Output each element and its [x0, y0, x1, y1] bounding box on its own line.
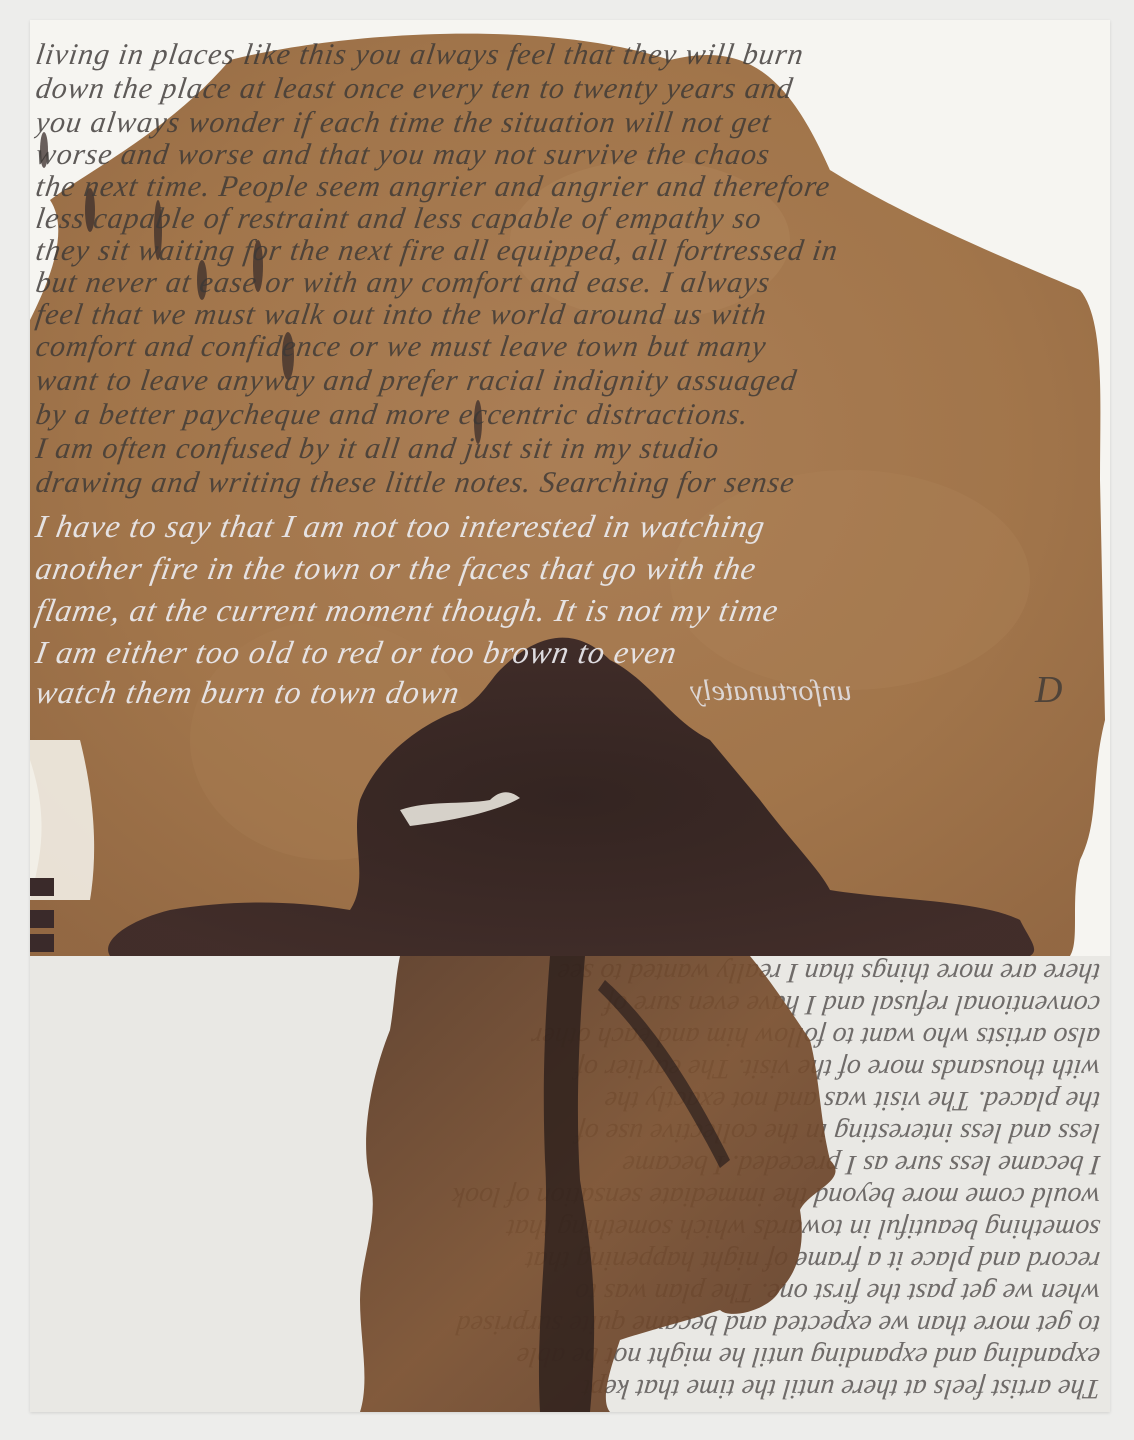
white-text-line: I am either too old to red or too brown … — [33, 634, 1110, 671]
text-line: down the place at least once every ten t… — [34, 72, 1109, 106]
artwork-paper-sheet: living in places like this you always fe… — [30, 20, 1110, 1412]
text-line: with thousands more of the visit. The ea… — [38, 1052, 1101, 1084]
white-text-line: watch them burn to town down — [33, 674, 660, 711]
white-text-line: another fire in the town or the faces th… — [33, 550, 1110, 587]
text-line: conventional refusal and I have even sur… — [38, 988, 1101, 1020]
text-line: record and place it a frame of night hap… — [38, 1244, 1101, 1276]
text-line: less and less interesting in the collect… — [38, 1116, 1101, 1148]
mirrored-word: unfortunately — [690, 674, 852, 708]
text-line: they sit waiting for the next fire all e… — [34, 234, 1109, 268]
text-line: worse and worse and that you may not sur… — [34, 138, 1109, 172]
text-line: I became less sure as I preceded. I beca… — [38, 1148, 1101, 1180]
text-line: The artist feels at there until the time… — [38, 1372, 1101, 1404]
text-line: also artists who want to follow him and … — [38, 1020, 1101, 1052]
text-line: but never at ease or with any comfort an… — [34, 266, 1109, 300]
dark-stripes — [30, 876, 56, 956]
text-line: there are more things than I really want… — [38, 956, 1101, 988]
white-text-line: flame, at the current moment though. It … — [33, 592, 1110, 629]
text-line: living in places like this you always fe… — [34, 38, 1109, 72]
text-line: something beautiful in towards which som… — [38, 1212, 1101, 1244]
text-line: the next time. People seem angrier and a… — [34, 170, 1109, 204]
text-line: you always wonder if each time the situa… — [34, 106, 1109, 140]
text-line: I am often confused by it all and just s… — [34, 432, 1109, 466]
text-line: the placed. The visit was and not exactl… — [38, 1084, 1101, 1116]
text-line: want to leave anyway and prefer racial i… — [34, 364, 1109, 398]
text-line: feel that we must walk out into the worl… — [34, 298, 1109, 332]
text-line: drawing and writing these little notes. … — [34, 466, 1109, 500]
text-line: expanding and expanding until he might n… — [38, 1340, 1101, 1372]
text-line: comfort and confidence or we must leave … — [34, 330, 1109, 364]
text-line: by a better paycheque and more eccentric… — [34, 398, 1109, 432]
white-text-line: I have to say that I am not too interest… — [33, 508, 1110, 545]
text-line: less capable of restraint and less capab… — [34, 202, 1109, 236]
artist-signature: D — [1035, 668, 1062, 712]
text-line: to get more than we expected and became … — [38, 1308, 1101, 1340]
text-line: would come more beyond the immediate sen… — [38, 1180, 1101, 1212]
upside-down-handwritten-text: The artist feels at there until the time… — [30, 956, 1110, 1412]
text-line: when we get past the first one. The plan… — [38, 1276, 1101, 1308]
